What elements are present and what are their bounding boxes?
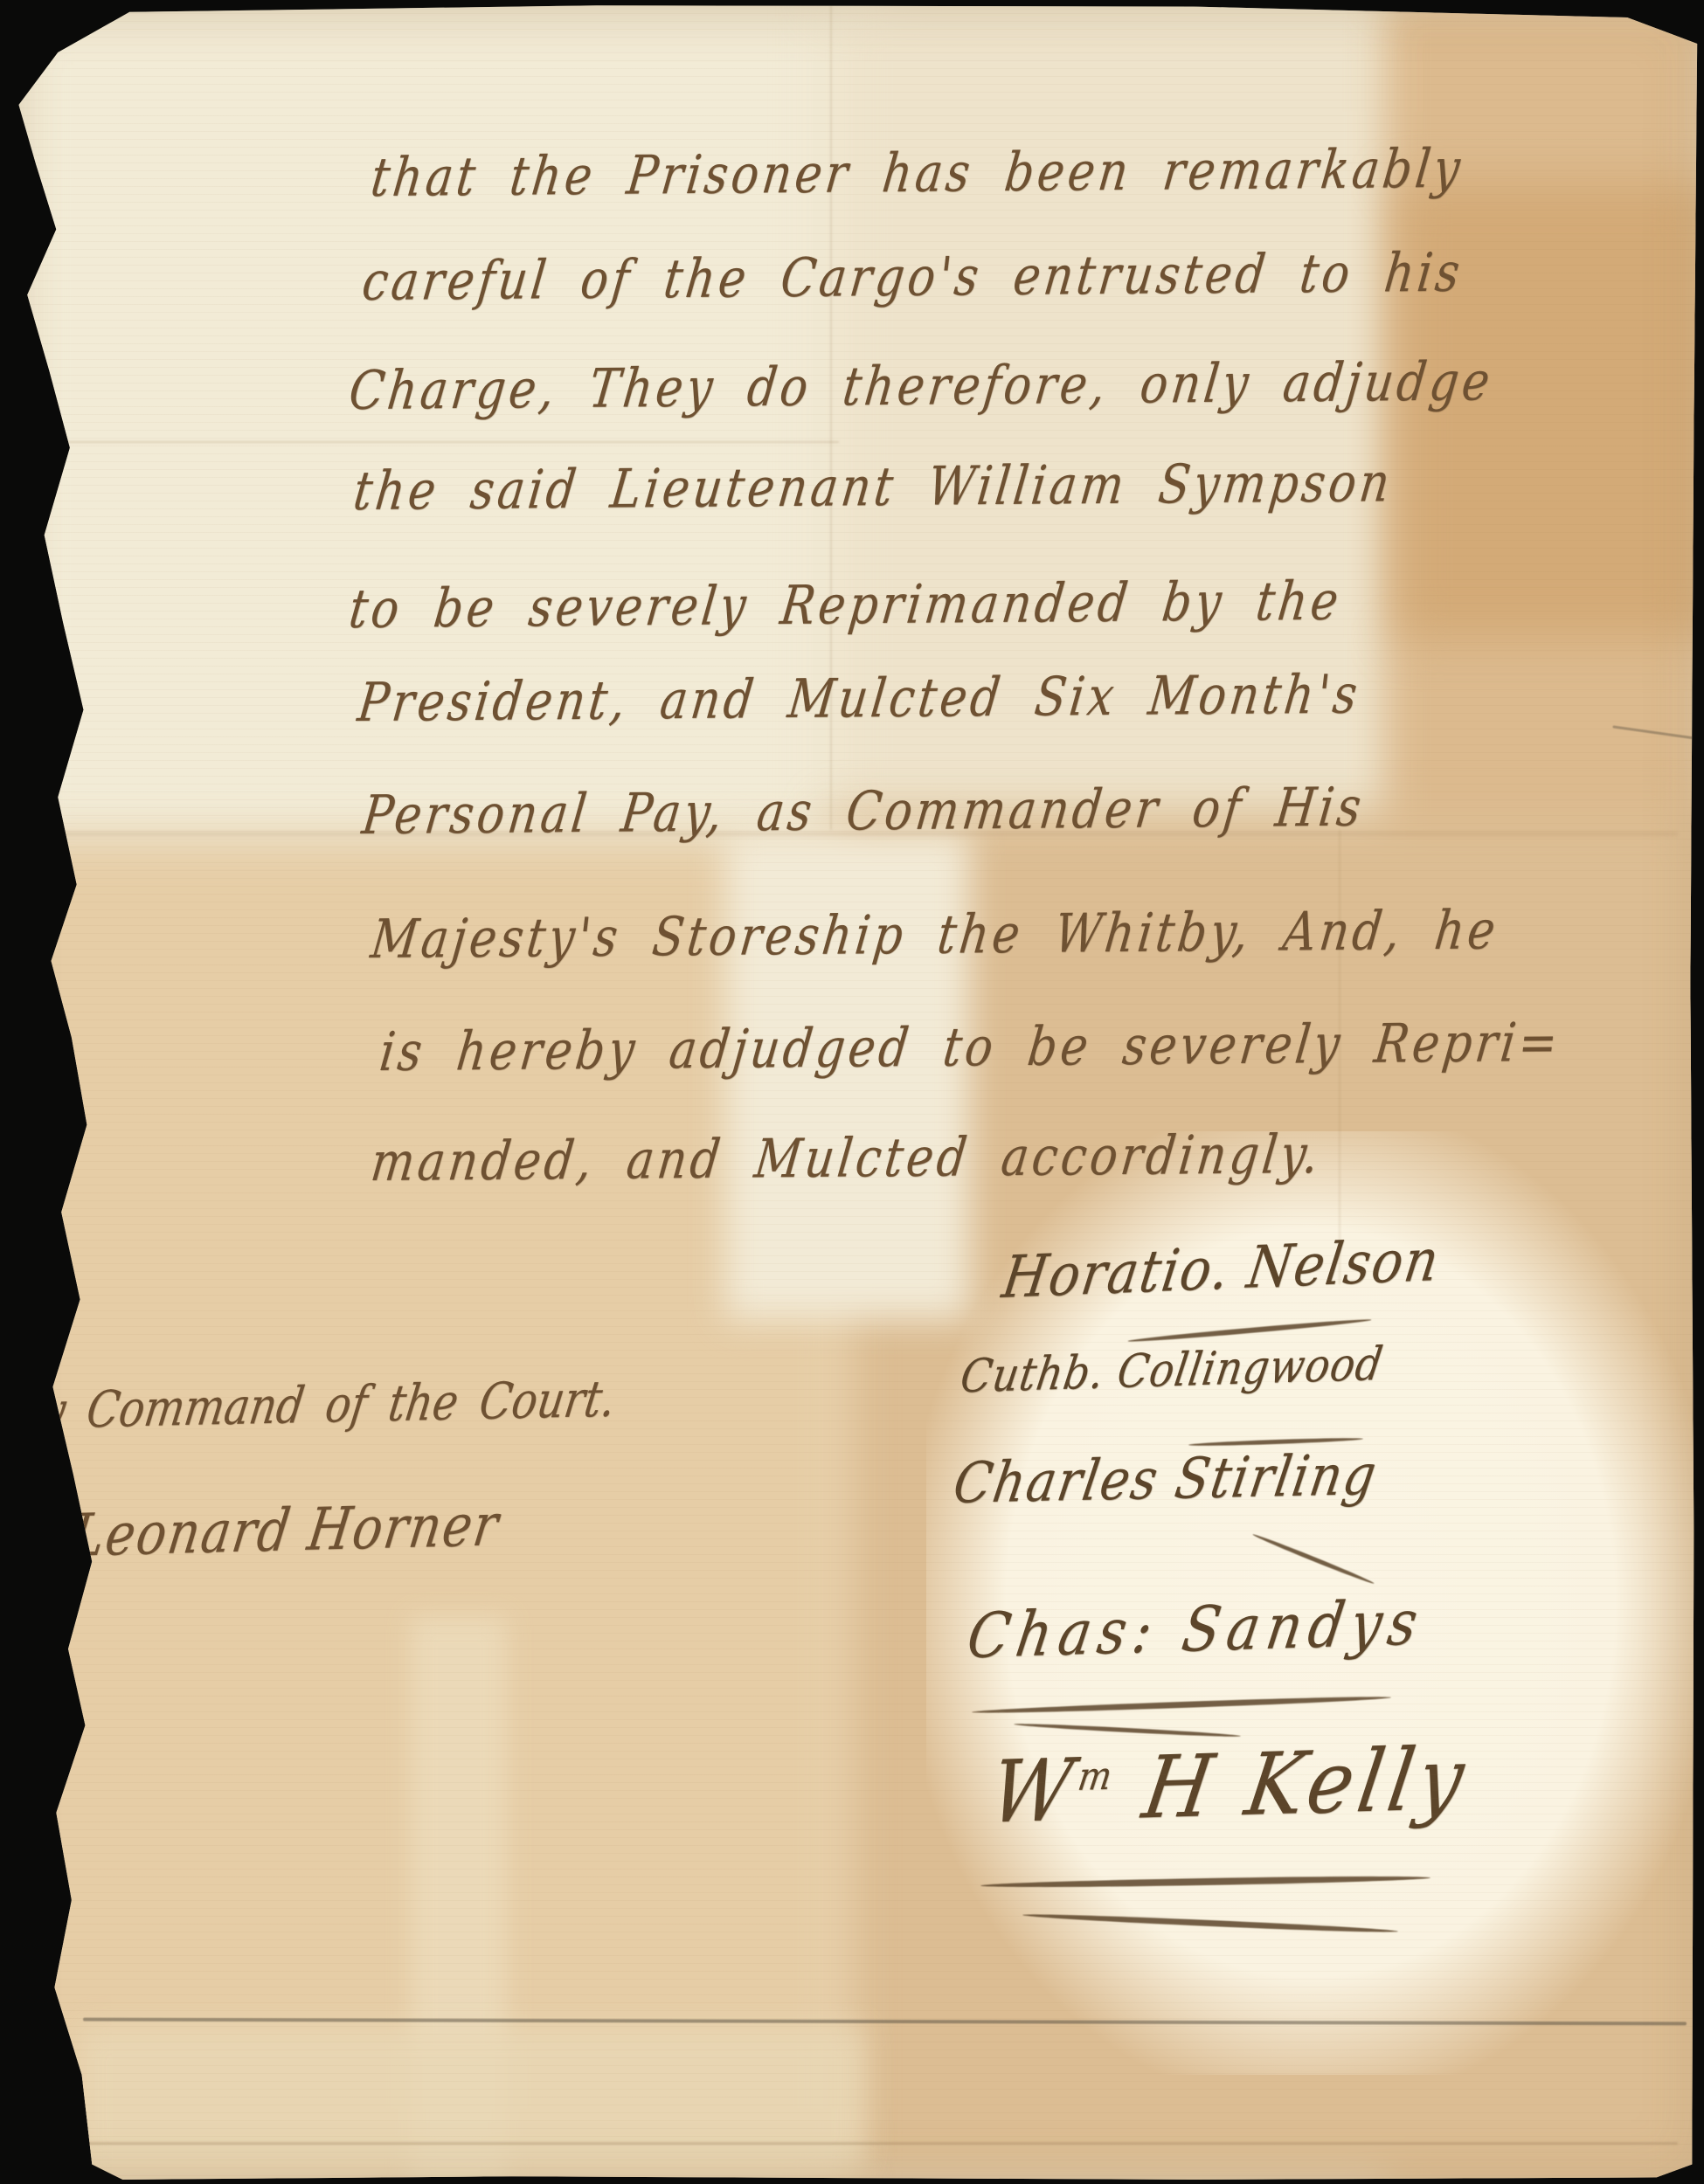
manuscript-line: that the Prisoner has been remarkably [368, 138, 1466, 209]
paper-stain-bottom-strip [79, 2027, 865, 2171]
manuscript-line: careful of the Cargo's entrusted to his [359, 242, 1466, 313]
signature-kelly-initial: W [984, 1739, 1084, 1842]
manuscript-line: manded, and Mulcted accordingly. [368, 1124, 1326, 1194]
manuscript-line: President, and Mulcted Six Month's [355, 664, 1364, 734]
paper-edge-shading [0, 0, 1704, 2184]
signature-flourish [1252, 1532, 1375, 1586]
manuscript-line: Majesty's Storeship the Whitby, And, he [368, 900, 1502, 971]
signature-william-kelly: Wm H Kelly [984, 1728, 1475, 1842]
paper-stain-vertical-strip [411, 1616, 507, 2184]
signature-underline [1022, 1912, 1398, 1935]
edge-tear-mark [1612, 725, 1704, 741]
fold-crease-horizontal [26, 441, 839, 443]
pencil-line [83, 2018, 1687, 2026]
signature-underline [980, 1875, 1430, 1890]
signature-cuthbert-collingwood: Cuthb. Collingwood [957, 1337, 1387, 1404]
signature-horatio-nelson: Horatio. Nelson [998, 1226, 1444, 1311]
manuscript-line: Charge, They do therefore, only adjudge [346, 351, 1496, 423]
signature-flourish [972, 1695, 1391, 1716]
signature-charles-sandys: Chas: Sandys [963, 1586, 1430, 1673]
manuscript-line: the said Lieutenant William Sympson [350, 453, 1396, 523]
manuscript-line: is hereby adjudged to be severely Repri= [377, 1012, 1564, 1083]
manuscript-line: to be severely Reprimanded by the [346, 570, 1345, 640]
clerk-signature-leonard-horner: Leonard Horner [67, 1491, 504, 1570]
closing-by-command-of-the-court: By Command of the Court. [6, 1370, 619, 1441]
signature-charles-stirling: Charles Stirling [949, 1442, 1382, 1516]
manuscript-paper-sheet: that the Prisoner has been remarkably ca… [0, 0, 1704, 2184]
manuscript-line: Personal Pay, as Commander of His [359, 777, 1368, 847]
paper-stain-right-band [1385, 0, 1704, 2184]
photograph-background: that the Prisoner has been remarkably ca… [0, 0, 1704, 2184]
fold-crease-bottom [52, 2142, 1678, 2145]
signature-kelly-surname: H Kelly [1107, 1728, 1476, 1839]
